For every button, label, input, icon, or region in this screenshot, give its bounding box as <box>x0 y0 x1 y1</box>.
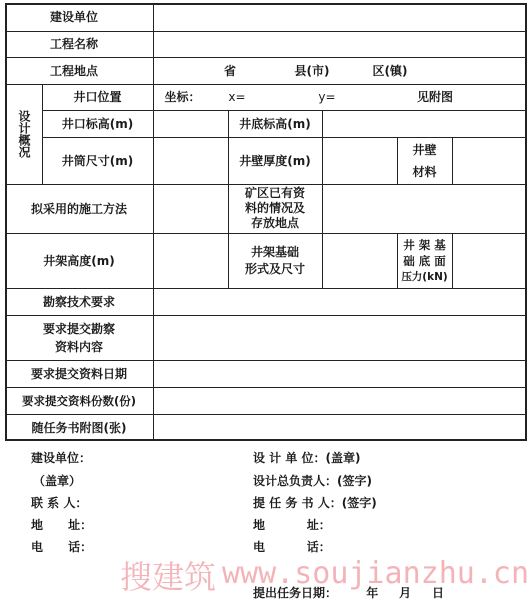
label-required-data: 要求提交勘察 资料内容 <box>5 315 153 360</box>
field-headframe-foundation[interactable] <box>322 233 397 288</box>
sig-design-unit: 设 计 单 位：(盖章) <box>253 449 361 466</box>
coord-label: 坐标： <box>160 84 205 110</box>
county-label: 县(市) <box>282 57 342 84</box>
existing-data-line2: 料的情况及 <box>245 201 305 216</box>
field-submit-copies[interactable] <box>153 387 527 414</box>
coord-x: x= <box>222 84 252 110</box>
field-attached-drawings[interactable] <box>153 414 527 441</box>
wall-material-line1: 井壁 <box>412 139 436 161</box>
field-submit-date[interactable] <box>153 360 527 387</box>
coord-y: y= <box>312 84 342 110</box>
label-headframe-foundation: 井架基础 形式及尺寸 <box>228 233 322 288</box>
label-shaft-size: 井筒尺寸(m) <box>42 137 153 184</box>
label-construction-method: 拟采用的施工方法 <box>5 184 153 233</box>
sig-chief-designer: 设计总负责人：(签字) <box>253 472 372 489</box>
field-construction-unit[interactable] <box>153 3 527 31</box>
wall-material-line2: 材料 <box>412 161 436 183</box>
foundation-pressure-line3: 压力(kN) <box>401 269 447 285</box>
label-shaft-position: 井口位置 <box>42 84 153 110</box>
see-attached: 见附图 <box>405 84 465 110</box>
label-attached-drawings: 随任务书附图(张) <box>5 414 153 441</box>
sig-seal: （盖章） <box>33 472 81 489</box>
label-wall-material: 井壁 材料 <box>397 137 452 184</box>
label-wall-thickness: 井壁厚度(m) <box>228 137 322 184</box>
field-project-name[interactable] <box>153 31 527 57</box>
existing-data-line3: 存放地点 <box>251 216 299 231</box>
sig-phone: 电 话： <box>253 538 331 555</box>
sig-issue-date: 提出任务日期： 年 月 日 <box>253 584 444 600</box>
required-data-line1: 要求提交勘察 <box>43 320 115 338</box>
field-required-data[interactable] <box>153 315 527 360</box>
watermark-cn: 搜建筑 <box>120 552 216 598</box>
headframe-foundation-line2: 形式及尺寸 <box>245 261 305 278</box>
label-bottom-elevation: 井底标高(m) <box>228 110 322 137</box>
sig-task-author: 提 任 务 书 人：(签字) <box>253 494 377 511</box>
label-existing-data: 矿区已有资 料的情况及 存放地点 <box>228 184 322 233</box>
label-submit-copies: 要求提交资料份数(份) <box>5 387 153 414</box>
label-submit-date: 要求提交资料日期 <box>5 360 153 387</box>
field-existing-data[interactable] <box>322 184 527 233</box>
foundation-pressure-line1: 井 架 基 <box>403 237 446 253</box>
sig-address: 地 址： <box>31 516 92 533</box>
sig-address: 地 址： <box>253 516 331 533</box>
district-label: 区(镇) <box>360 57 420 84</box>
label-survey-requirements: 勘察技术要求 <box>5 288 153 315</box>
field-bottom-elevation[interactable] <box>322 110 527 137</box>
field-construction-method[interactable] <box>153 184 228 233</box>
label-project-location: 工程地点 <box>5 57 153 84</box>
label-construction-unit: 建设单位 <box>5 3 153 31</box>
design-overview-text: 设计概况 <box>16 110 31 158</box>
label-headframe-height: 井架高度(m) <box>5 233 153 288</box>
required-data-line2: 资料内容 <box>55 338 103 356</box>
field-shaft-size[interactable] <box>153 137 228 184</box>
field-headframe-height[interactable] <box>153 233 228 288</box>
sig-contact: 联 系 人： <box>31 494 87 511</box>
headframe-foundation-line1: 井架基础 <box>251 244 299 261</box>
field-foundation-pressure[interactable] <box>452 233 527 288</box>
label-design-overview: 设计概况 <box>5 84 42 184</box>
sig-phone: 电 话： <box>31 538 92 555</box>
existing-data-line1: 矿区已有资 <box>245 186 305 201</box>
field-survey-requirements[interactable] <box>153 288 527 315</box>
province-label: 省 <box>215 57 245 84</box>
sig-construction-unit: 建设单位： <box>31 449 91 466</box>
field-wall-material[interactable] <box>452 137 527 184</box>
foundation-pressure-line2: 础 底 面 <box>403 253 446 269</box>
field-collar-elevation[interactable] <box>153 110 228 137</box>
label-foundation-pressure: 井 架 基 础 底 面 压力(kN) <box>397 233 452 288</box>
label-project-name: 工程名称 <box>5 31 153 57</box>
field-wall-thickness[interactable] <box>322 137 397 184</box>
label-collar-elevation: 井口标高(m) <box>42 110 153 137</box>
